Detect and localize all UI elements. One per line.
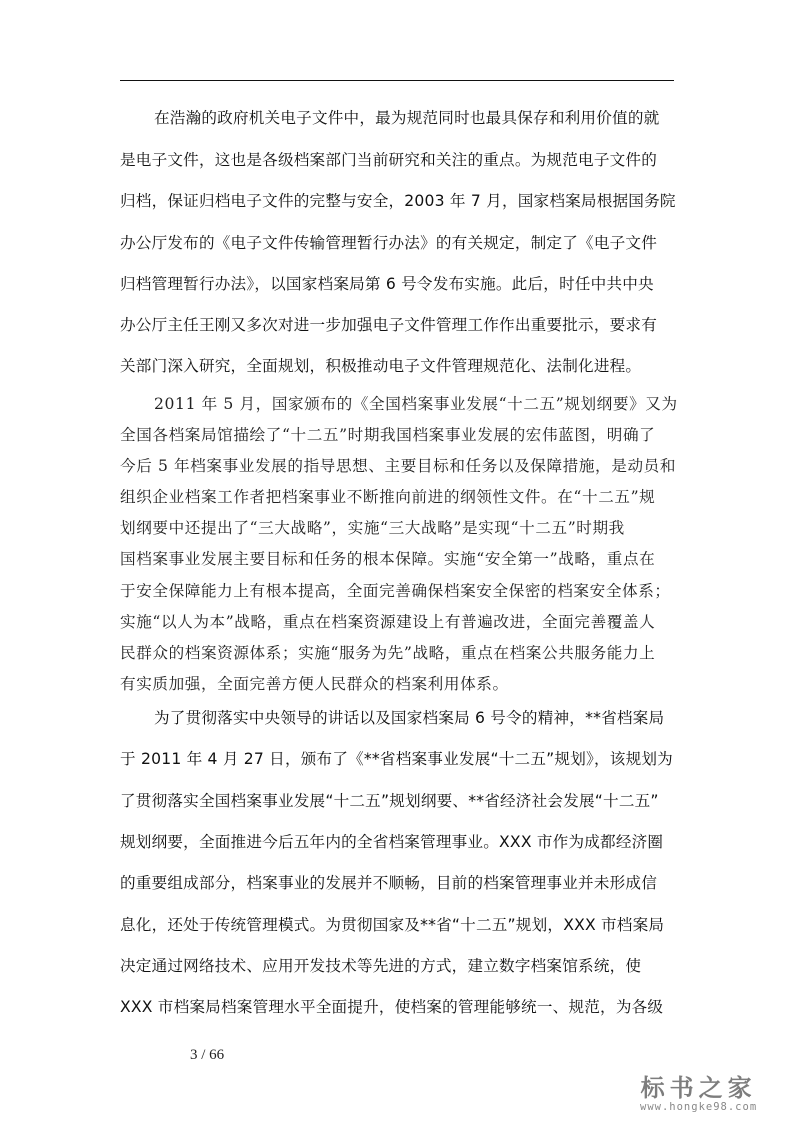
text-line: 2011 年 5 月，国家颁布的《全国档案事业发展“十二五”规划纲要》又为 [120, 392, 710, 414]
text-line: 于安全保障能力上有根本提高，全面完善确保档案安全保密的档案安全体系； [120, 579, 676, 601]
text-line: 实施“以人为本”战略，重点在档案资源建设上有普遍改进，全面完善覆盖人 [120, 610, 676, 632]
text-line: 息化，还处于传统管理模式。为贯彻国家及**省“十二五”规划，XXX 市档案局 [120, 913, 676, 935]
text-line: 民群众的档案资源体系；实施“服务为先”战略，重点在档案公共服务能力上 [120, 641, 676, 663]
text-line: 有实质加强，全面完善方便人民群众的档案利用体系。 [120, 672, 676, 694]
text-line: 了贯彻落实全国档案事业发展“十二五”规划纲要、**省经济社会发展“十二五” [120, 789, 676, 811]
text-line: 划纲要中还提出了“三大战略”，实施“三大战略”是实现“十二五”时期我 [120, 516, 676, 538]
text-line: 归档，保证归档电子文件的完整与安全，2003 年 7 月，国家档案局根据国务院 [120, 189, 676, 211]
text-line: 国档案事业发展主要目标和任务的根本保障。实施“安全第一”战略，重点在 [120, 547, 676, 569]
watermark-logo: 标书之家 www.hongke98.com [640, 1068, 757, 1113]
text-line: 规划纲要，全面推进今后五年内的全省档案管理事业。XXX 市作为成都经济圈 [120, 830, 676, 852]
text-line: 组织企业档案工作者把档案事业不断推向前进的纲领性文件。在“十二五”规 [120, 485, 676, 507]
text-line: 办公厅主任王刚又多次对进一步加强电子文件管理工作作出重要批示，要求有 [120, 313, 676, 335]
text-line: 关部门深入研究，全面规划，积极推动电子文件管理规范化、法制化进程。 [120, 354, 676, 376]
text-line: 决定通过网络技术、应用开发技术等先进的方式，建立数字档案馆系统，使 [120, 954, 676, 976]
text-line: 今后 5 年档案事业发展的指导思想、主要目标和任务以及保障措施，是动员和 [120, 454, 676, 476]
text-line: 为了贯彻落实中央领导的讲话以及国家档案局 6 号令的精神，**省档案局 [120, 706, 710, 728]
text-line: 的重要组成部分，档案事业的发展并不顺畅，目前的档案管理事业并未形成信 [120, 871, 676, 893]
text-line: 全国各档案局馆描绘了“十二五”时期我国档案事业发展的宏伟蓝图，明确了 [120, 423, 676, 445]
watermark-url: www.hongke98.com [640, 1101, 757, 1113]
watermark-title: 标书之家 [640, 1068, 757, 1103]
header-rule [120, 80, 674, 81]
page-number: 3 / 66 [190, 1047, 224, 1064]
text-line: XXX 市档案局档案管理水平全面提升，使档案的管理能够统一、规范，为各级 [120, 995, 676, 1017]
text-line: 归档管理暂行办法》，以国家档案局第 6 号令发布实施。此后，时任中共中央 [120, 272, 676, 294]
text-line: 是电子文件，这也是各级档案部门当前研究和关注的重点。为规范电子文件的 [120, 148, 676, 170]
text-line: 在浩瀚的政府机关电子文件中，最为规范同时也最具保存和利用价值的就 [120, 106, 710, 128]
text-line: 于 2011 年 4 月 27 日，颁布了《**省档案事业发展“十二五”规划》，… [120, 747, 676, 769]
text-line: 办公厅发布的《电子文件传输管理暂行办法》的有关规定，制定了《电子文件 [120, 231, 676, 253]
